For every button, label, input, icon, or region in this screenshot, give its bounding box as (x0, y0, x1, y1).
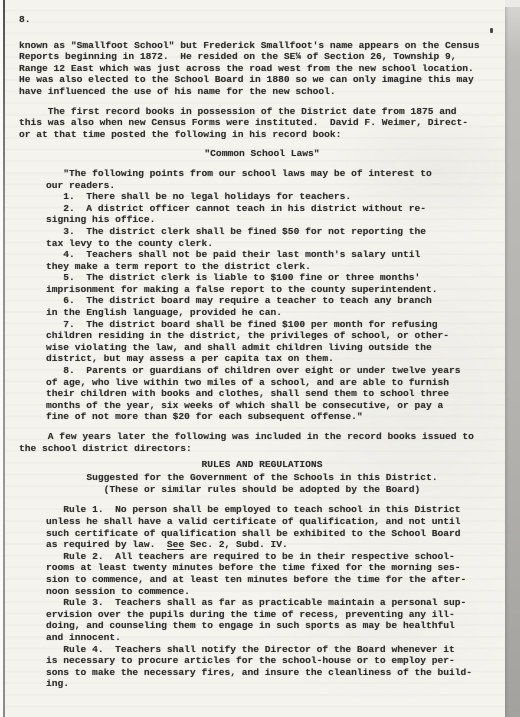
scan-speck-artifact (490, 28, 493, 33)
rules-see-reference: See (167, 539, 184, 550)
page-number: 8. (19, 14, 505, 26)
rules-body: Rule 1. No person shall be employed to t… (46, 504, 505, 690)
rules-text-after-reference: Sec. 2, Subd. IV. Rule 2. All teachers a… (46, 539, 472, 689)
quoted-school-laws-list: "The following points from our school la… (46, 168, 505, 423)
scanned-document-page: 8. known as "Smallfoot School" but Frede… (0, 0, 520, 717)
heading-rules-subtitle: Suggested for the Government of the Scho… (19, 472, 505, 484)
paragraph-record-books: The first record books in possession of … (19, 106, 505, 141)
rules-heading-group: RULES AND REGULATIONS Suggested for the … (19, 459, 505, 496)
heading-common-school-laws: "Common School Laws" (19, 148, 505, 160)
paper: 8. known as "Smallfoot School" but Frede… (5, 0, 506, 717)
scan-right-edge-band (505, 0, 520, 717)
heading-rules-and-regulations: RULES AND REGULATIONS (19, 459, 505, 471)
heading-rules-note: (These or similar rules should be adopte… (19, 484, 505, 496)
paragraph-few-years-later: A few years later the following was incl… (19, 431, 505, 454)
paragraph-smallfoot-school: known as "Smallfoot School" but Frederic… (19, 40, 505, 98)
